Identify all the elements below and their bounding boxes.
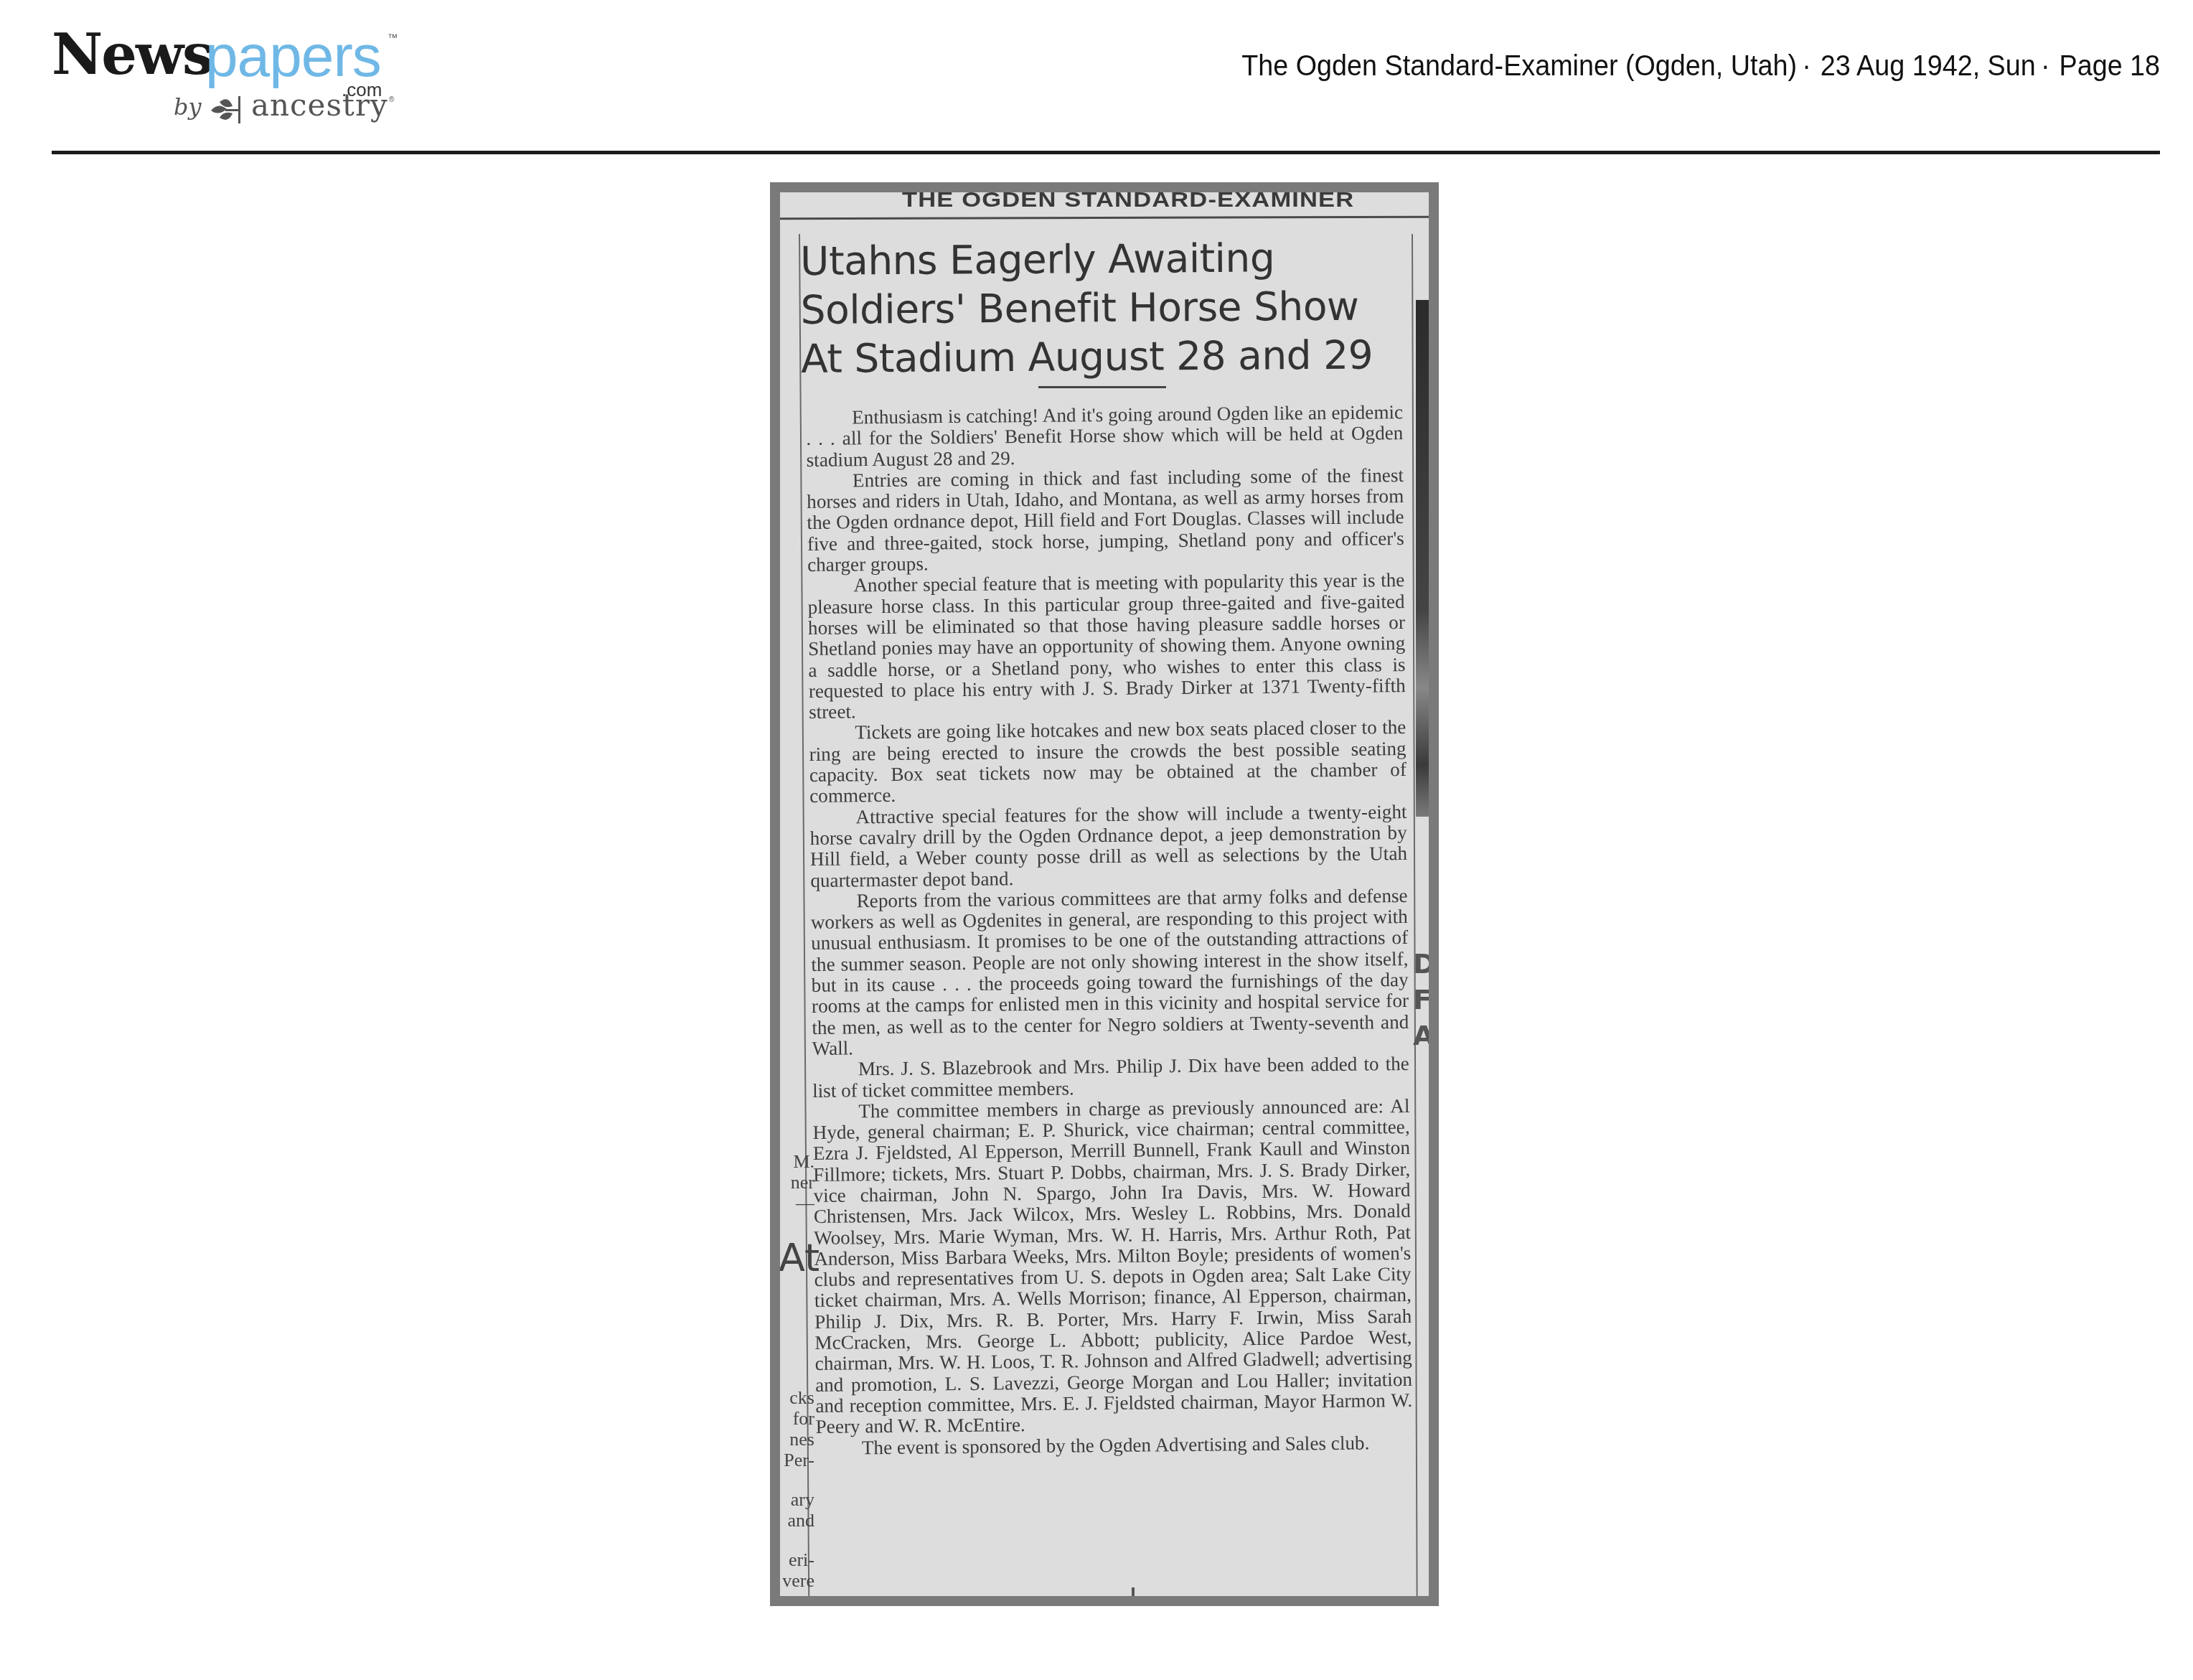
article-paragraph: Enthusiasm is catching! And it's going a…	[806, 402, 1404, 471]
logo-registered: ®	[389, 96, 394, 104]
separator: ·	[1802, 49, 1811, 82]
article-paragraph: Entries are coming in thick and fast inc…	[807, 465, 1404, 576]
separator: ·	[2041, 49, 2050, 82]
clipping-citation: The Ogden Standard-Examiner (Ogden, Utah…	[1241, 49, 2160, 83]
fragment: M.	[780, 1151, 814, 1172]
fragment: for	[780, 1408, 814, 1429]
newspaper-clipping: THE OGDEN STANDARD-EXAMINER Utahns Eager…	[770, 182, 1439, 1606]
article-paragraph: Mrs. J. S. Blazebrook and Mrs. Philip J.…	[812, 1053, 1410, 1102]
fragment: —	[780, 1193, 814, 1214]
fragment: Per-	[780, 1450, 814, 1470]
fragment: nes	[780, 1429, 814, 1450]
adjacent-photo-edge	[1416, 300, 1429, 817]
article-paragraph: The committee members in charge as previ…	[812, 1096, 1412, 1438]
masthead-rule	[780, 216, 1429, 220]
fragment: F	[1413, 982, 1426, 1018]
logo-papers-text: papers	[205, 27, 381, 86]
article-paragraph: Tickets are going like hotcakes and new …	[809, 717, 1407, 807]
fragment: D	[1413, 946, 1426, 982]
logo-by-text: by	[174, 93, 202, 121]
logo-ancestry-text: ancestry	[251, 88, 388, 123]
adjacent-column-fragments-left: M. ner — At cks for nes Per- ary and eri…	[780, 1151, 814, 1591]
masthead: THE OGDEN STANDARD-EXAMINER	[902, 192, 1354, 212]
article-paragraph: Attractive special features for the show…	[809, 802, 1407, 891]
publication-name: The Ogden Standard-Examiner (Ogden, Utah…	[1241, 49, 1797, 82]
fragment: At	[780, 1236, 814, 1280]
fragment: A	[1413, 1018, 1426, 1053]
headline-line: At Stadium August 28 and 29	[801, 330, 1404, 383]
page-number: Page 18	[2059, 49, 2160, 82]
headline-line: Utahns Eagerly Awaiting	[800, 233, 1403, 286]
logo-news-text: News	[52, 27, 212, 83]
fragment: ary	[780, 1489, 814, 1510]
fragment: eri-	[780, 1549, 814, 1570]
fragment: ner	[780, 1172, 814, 1193]
article-paragraph: Reports from the various committees are …	[810, 886, 1409, 1059]
ancestry-leaf-icon	[208, 93, 248, 125]
article-paragraph: The event is sponsored by the Ogden Adve…	[816, 1432, 1413, 1458]
fragment: cks	[780, 1387, 814, 1408]
article-body: Enthusiasm is catching! And it's going a…	[806, 402, 1413, 1459]
header-divider	[52, 151, 2160, 154]
fragment: and	[780, 1510, 814, 1531]
article-headline: Utahns Eagerly Awaiting Soldiers' Benefi…	[800, 233, 1404, 383]
logo-trademark: ™	[388, 32, 398, 43]
newspapers-logo[interactable]: News papers ™ .com by ancestry ®	[52, 27, 410, 128]
headline-line: Soldiers' Benefit Horse Show	[800, 281, 1403, 334]
adjacent-column-fragments-right: D F A	[1413, 946, 1426, 1053]
clipping-paper: THE OGDEN STANDARD-EXAMINER Utahns Eager…	[780, 192, 1429, 1596]
print-mark	[1132, 1587, 1135, 1596]
article-paragraph: Another special feature that is meeting …	[807, 570, 1406, 723]
headline-divider	[1038, 386, 1166, 388]
fragment: vere	[780, 1570, 814, 1591]
publication-date: 23 Aug 1942, Sun	[1821, 49, 2036, 82]
